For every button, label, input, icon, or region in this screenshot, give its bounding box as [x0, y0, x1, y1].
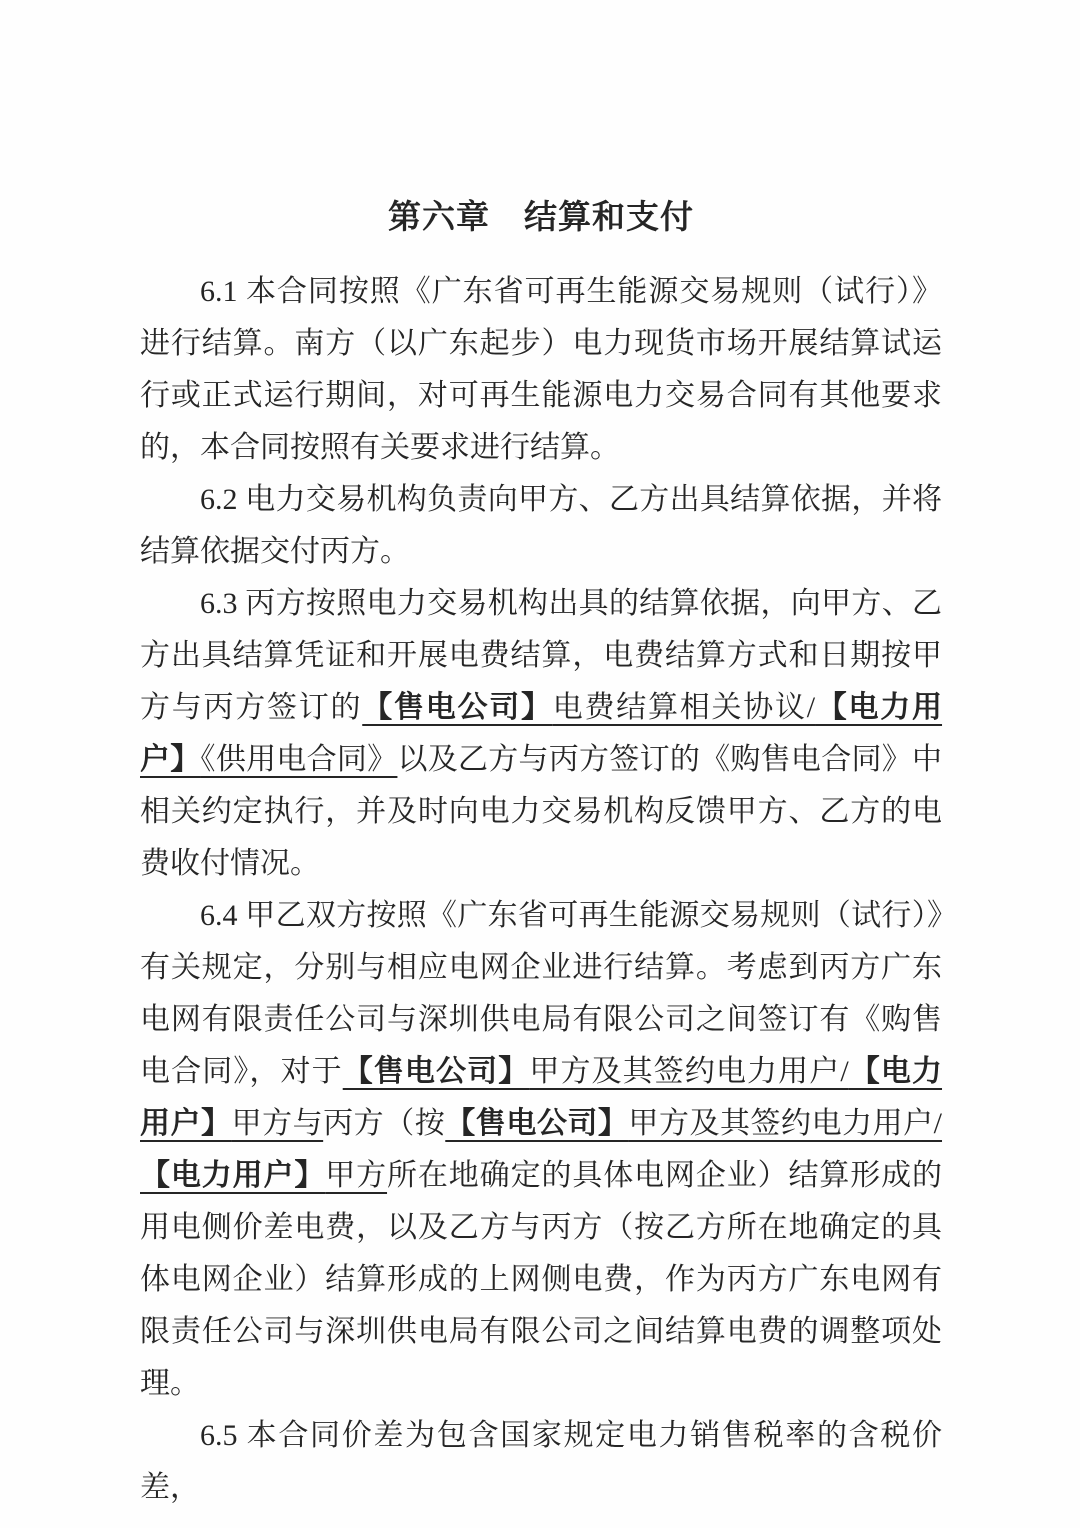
- bracket-term-seller: 【售电公司】: [362, 691, 552, 724]
- text-run: 6.5 本合同价差为包含国家规定电力销售税率的含税价差，: [140, 1419, 942, 1504]
- clause-6-4: 6.4 甲乙双方按照《广东省可再生能源交易规则（试行）》有关规定，分别与相应电网…: [140, 890, 942, 1410]
- text-run: 所在地确定的具体电网企业）结算形成的用电侧价差电费，以及乙方与丙方（按乙方所在地…: [140, 1159, 942, 1400]
- bracket-term-seller: 【售电公司】: [445, 1107, 628, 1140]
- underlined-run: 甲方及其签约电力用户/: [628, 1107, 942, 1140]
- clause-6-3: 6.3 丙方按照电力交易机构出具的结算依据，向甲方、乙方出具结算凭证和开展电费结…: [140, 578, 942, 890]
- bracket-term-user: 【电力用户】: [140, 1159, 325, 1192]
- underlined-run: 《供用电合同》: [201, 743, 398, 776]
- clause-6-1: 6.1 本合同按照《广东省可再生能源交易规则（试行）》进行结算。南方（以广东起步…: [140, 266, 942, 474]
- underlined-run: 甲方: [325, 1159, 387, 1192]
- clause-6-5: 6.5 本合同价差为包含国家规定电力销售税率的含税价差，: [140, 1410, 942, 1514]
- text-run: 丙方（按: [323, 1107, 445, 1140]
- bracket-term-seller: 【售电公司】: [343, 1055, 530, 1088]
- clause-6-2: 6.2 电力交易机构负责向甲方、乙方出具结算依据，并将结算依据交付丙方。: [140, 474, 942, 578]
- underlined-run: 电费结算相关协议/: [553, 691, 815, 724]
- underlined-run: 甲方及其签约电力用户/: [529, 1055, 848, 1088]
- underlined-run: 甲方与: [232, 1107, 324, 1140]
- contract-body: 6.1 本合同按照《广东省可再生能源交易规则（试行）》进行结算。南方（以广东起步…: [140, 266, 942, 1514]
- text-run: 6.2 电力交易机构负责向甲方、乙方出具结算依据，并将结算依据交付丙方。: [140, 483, 942, 568]
- chapter-heading: 第六章 结算和支付: [140, 192, 942, 244]
- text-run: 6.1 本合同按照《广东省可再生能源交易规则（试行）》进行结算。南方（以广东起步…: [140, 275, 942, 464]
- contract-page: 第六章 结算和支付 6.1 本合同按照《广东省可再生能源交易规则（试行）》进行结…: [0, 0, 1080, 1528]
